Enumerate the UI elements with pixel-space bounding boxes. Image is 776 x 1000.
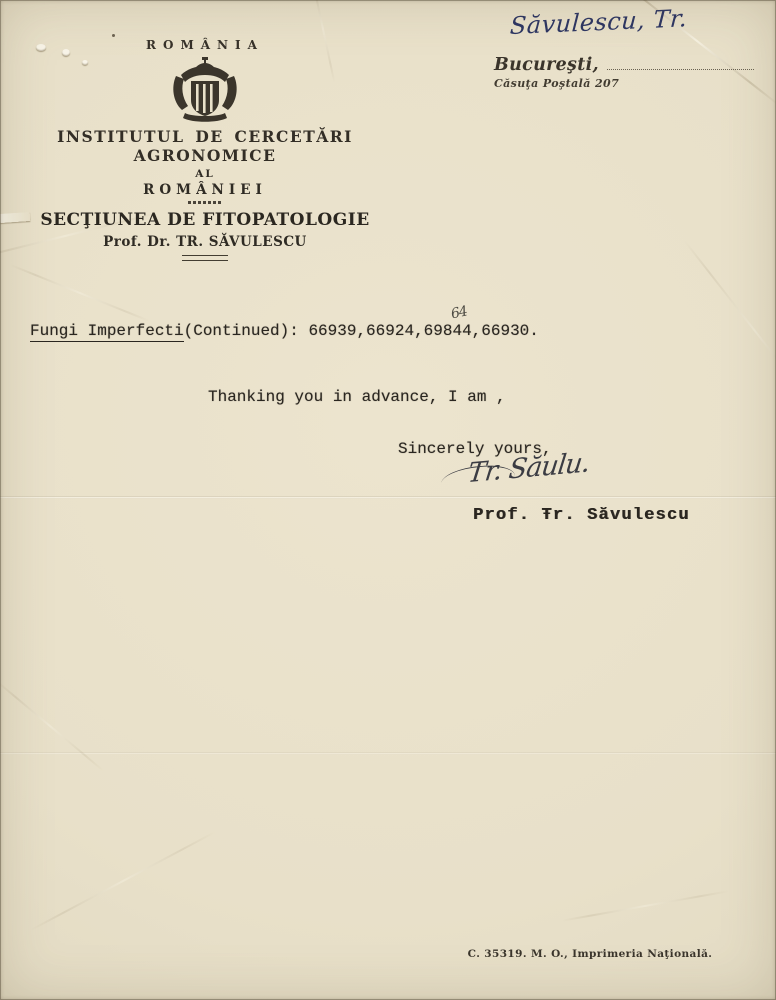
subject-line: Fungi Imperfecti(Continued): 66939,66924… <box>30 322 539 340</box>
subject-underlined-text: Fungi Imperfecti <box>30 322 184 342</box>
letterhead-section-name: SECŢIUNEA DE FITOPATOLOGIE <box>35 210 375 230</box>
letterhead-chief-name: Prof. Dr. TR. SĂVULESCU <box>35 234 375 250</box>
crease <box>561 890 729 921</box>
typed-signature: Prof. Ŧr. Săvulescu <box>473 506 690 525</box>
corrected-digits-wrap: 6444 <box>452 322 471 340</box>
paper-tear <box>0 212 30 223</box>
letterhead-country: ROMÂNIA <box>35 38 375 52</box>
crease <box>0 680 104 772</box>
letterhead-institute-name: INSTITUTUL DE CERCETĂRI AGRONOMICE <box>35 127 375 165</box>
subject-tail-text: ,66930. <box>472 322 539 340</box>
handwritten-name: Săvulescu, Tr. <box>509 1 762 40</box>
crease <box>30 831 216 931</box>
letterhead: ROMÂNIA INSTITUTUL DE CERCETĂRI AGRON <box>35 38 375 261</box>
coat-of-arms-icon <box>162 56 248 122</box>
crease <box>10 264 150 322</box>
crease <box>683 240 776 422</box>
letterhead-country-genitive: ROMÂNIEI <box>35 182 375 198</box>
scanned-letter-page: ROMÂNIA INSTITUTUL DE CERCETĂRI AGRON <box>0 0 776 1000</box>
dashed-divider <box>188 201 222 204</box>
corrected-digits: 44 <box>452 322 471 340</box>
double-divider <box>182 255 228 261</box>
letterhead-of-the: AL <box>35 168 375 180</box>
thanks-line: Thanking you in advance, I am , <box>208 388 506 406</box>
paper-speck <box>112 34 115 37</box>
po-box-label: Căsuţa Poştală 207 <box>494 77 762 90</box>
address-block: Săvulescu, Tr. Bucureşti, Căsuţa Poştală… <box>494 12 762 90</box>
handwritten-correction: 64 <box>450 304 469 323</box>
subject-mid-text: (Continued): 66939,66924,698 <box>184 322 453 340</box>
dotted-fill-line <box>607 56 754 70</box>
city-line: Bucureşti, <box>494 55 762 75</box>
printer-imprint: C. 35319. M. O., Imprimeria Naţională. <box>420 948 760 960</box>
horizontal-fold-crease <box>0 752 776 755</box>
horizontal-fold-crease <box>0 496 776 499</box>
city-label: Bucureşti, <box>494 55 599 75</box>
